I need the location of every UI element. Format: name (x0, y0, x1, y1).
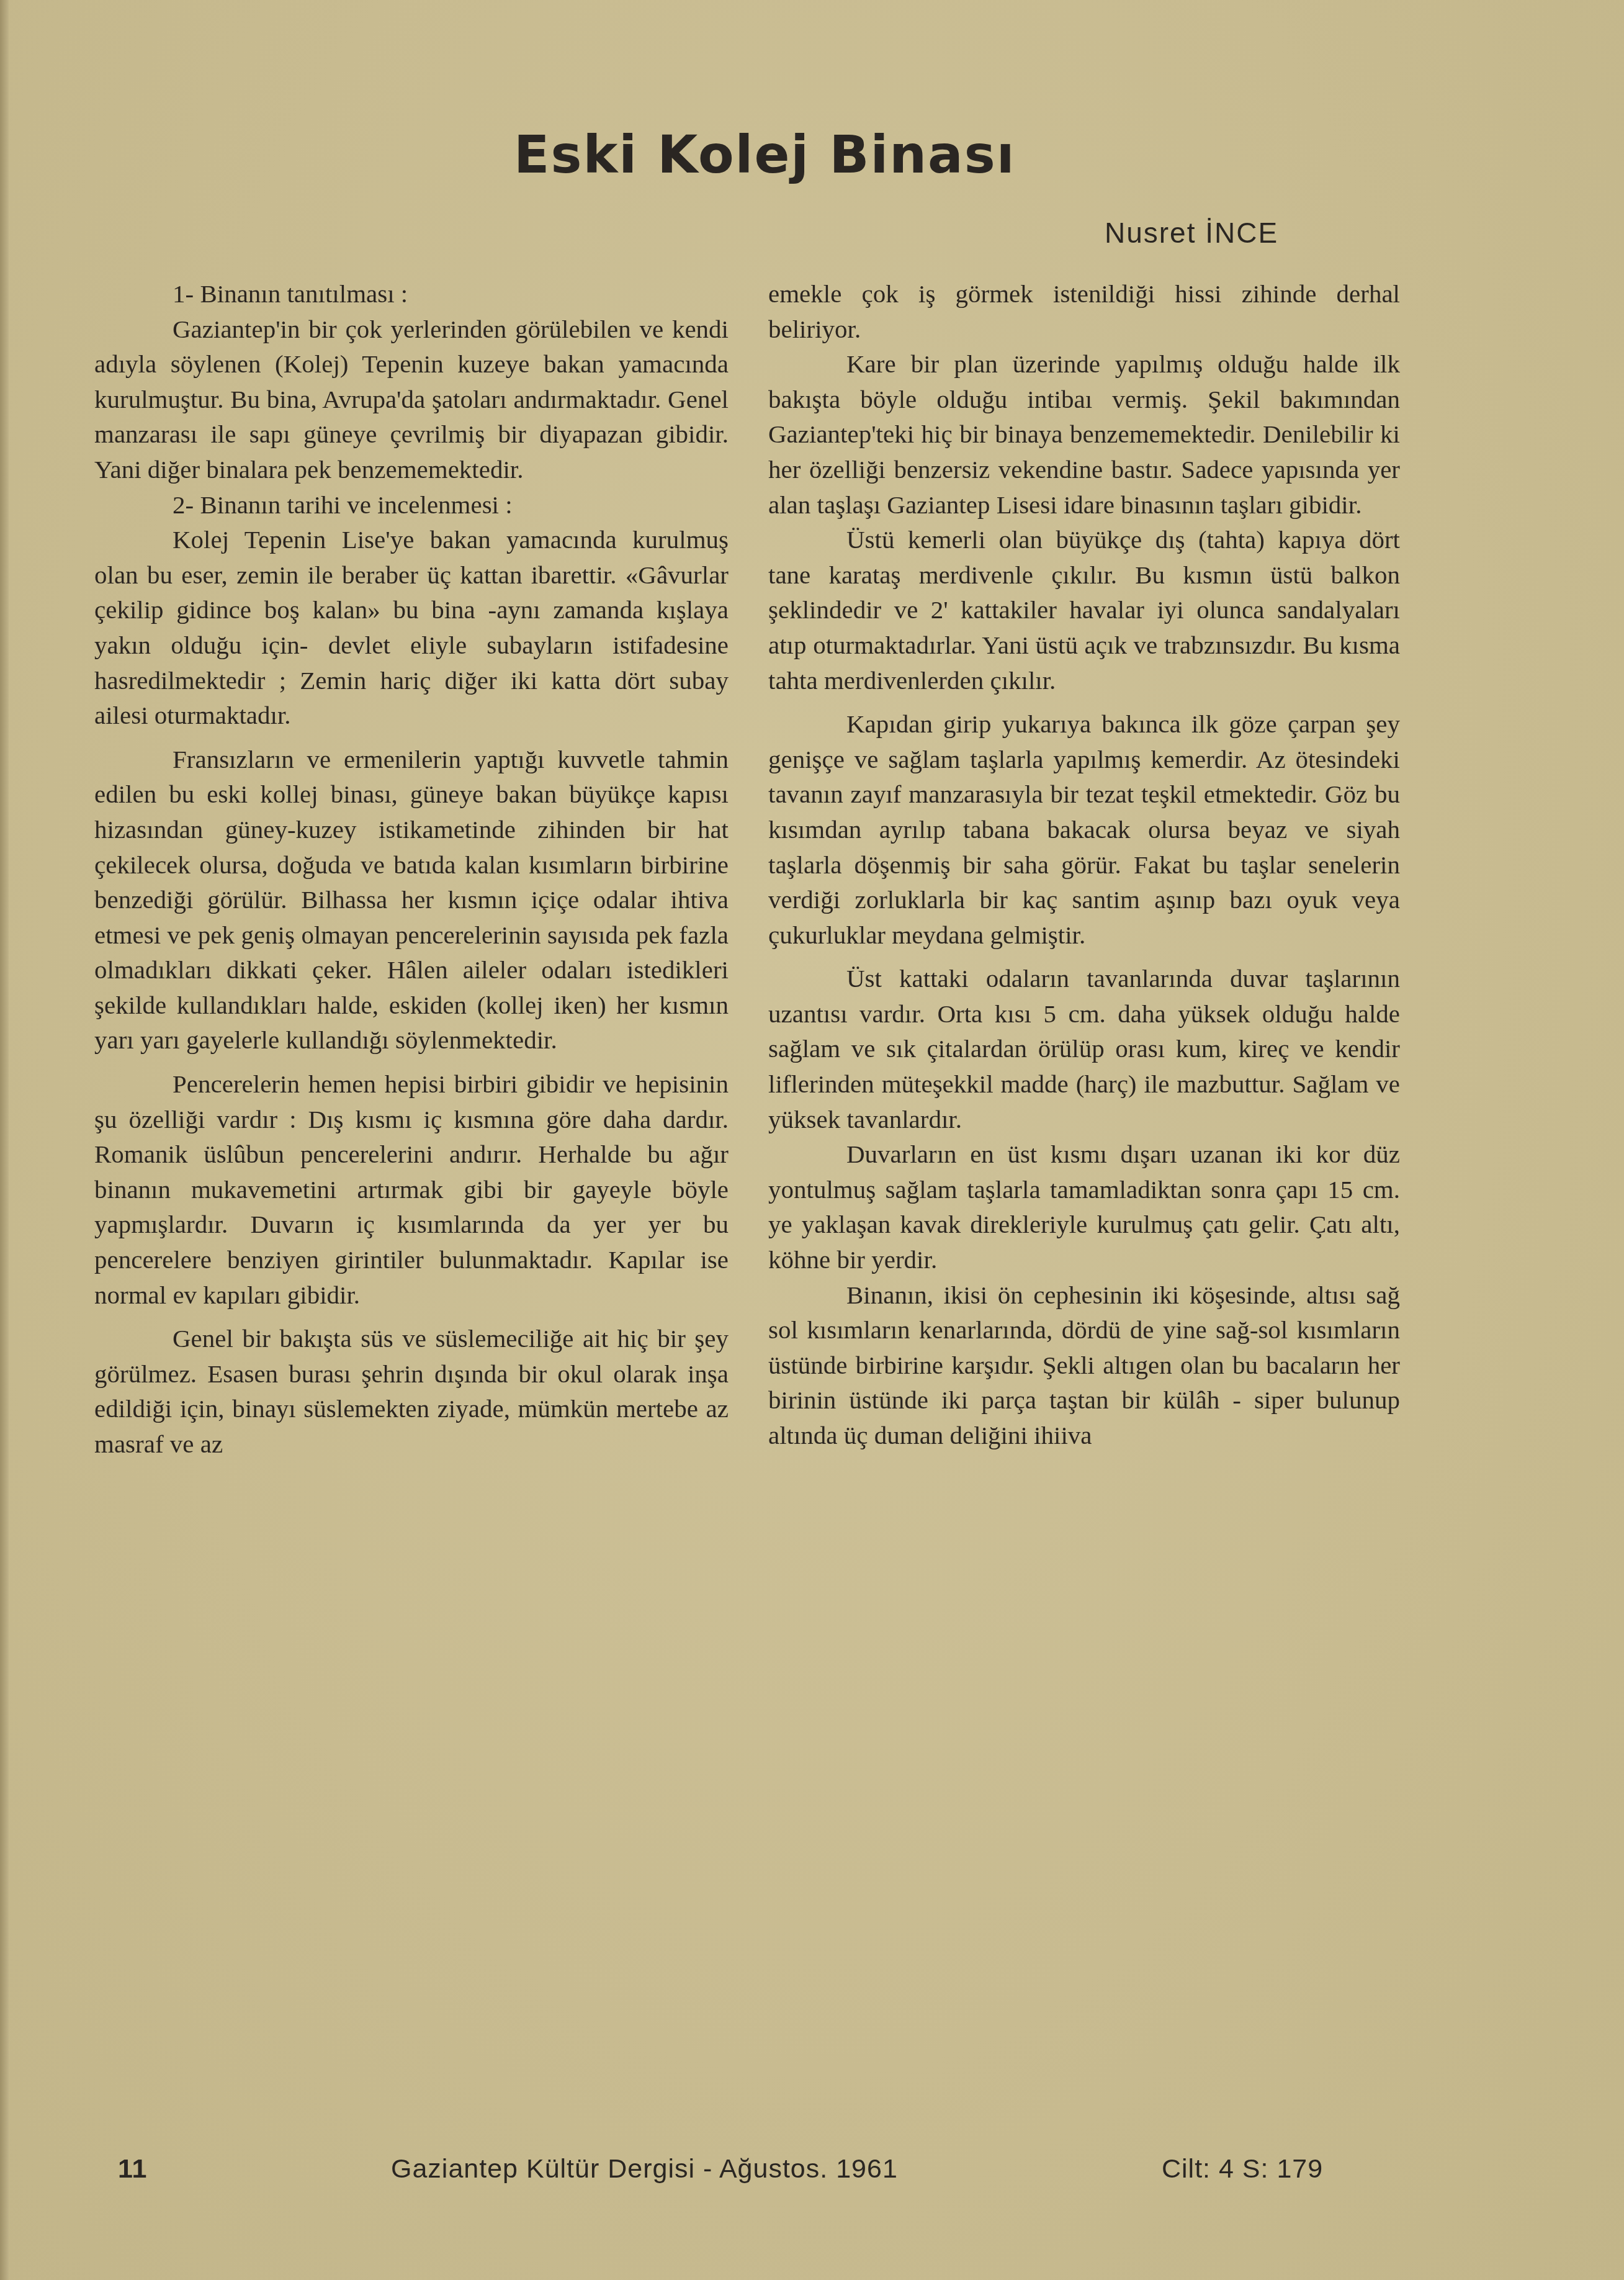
page-number: 11 (118, 2154, 147, 2184)
paragraph: Gaziantep'in bir çok yerlerinden görüleb… (94, 312, 729, 487)
journal-name: Gaziantep Kültür Dergisi - Ağustos. 1961 (391, 2154, 898, 2184)
paragraph: Üst kattaki odaların tavanlarında duvar … (768, 961, 1400, 1137)
section-heading: 2- Binanın tarihi ve incelenmesi : (94, 487, 729, 523)
paragraph: Kare bir plan üzerinde yapılmış olduğu h… (768, 346, 1400, 522)
article-author: Nusret İNCE (1105, 216, 1278, 250)
paragraph: Üstü kemerli olan büyükçe dış (tahta) ka… (768, 522, 1400, 698)
article-title: Eski Kolej Binası (514, 124, 1016, 185)
section-heading: 1- Binanın tanıtılması : (94, 276, 729, 312)
paragraph: Pencerelerin hemen hepisi birbiri gibidi… (94, 1066, 729, 1312)
right-column: emekle çok iş görmek istenildiği hissi z… (768, 276, 1400, 1453)
paragraph-continuation: emekle çok iş görmek istenildiği hissi z… (768, 276, 1400, 346)
page-edge-shadow (0, 0, 9, 2280)
paragraph: Duvarların en üst kısmı dışarı uzanan ik… (768, 1137, 1400, 1277)
left-column: 1- Binanın tanıtılması : Gaziantep'in bi… (94, 276, 729, 1462)
volume-issue: Cilt: 4 S: 179 (1162, 2154, 1323, 2184)
paragraph: Binanın, ikisi ön cephesinin iki köşesin… (768, 1277, 1400, 1453)
paragraph: Kapıdan girip yukarıya bakınca ilk göze … (768, 706, 1400, 952)
paragraph: Genel bir bakışta süs ve süslemeciliğe a… (94, 1321, 729, 1461)
paragraph: Kolej Tepenin Lise'ye bakan yamacında ku… (94, 522, 729, 733)
paragraph: Fransızların ve ermenilerin yaptığı kuvv… (94, 742, 729, 1058)
